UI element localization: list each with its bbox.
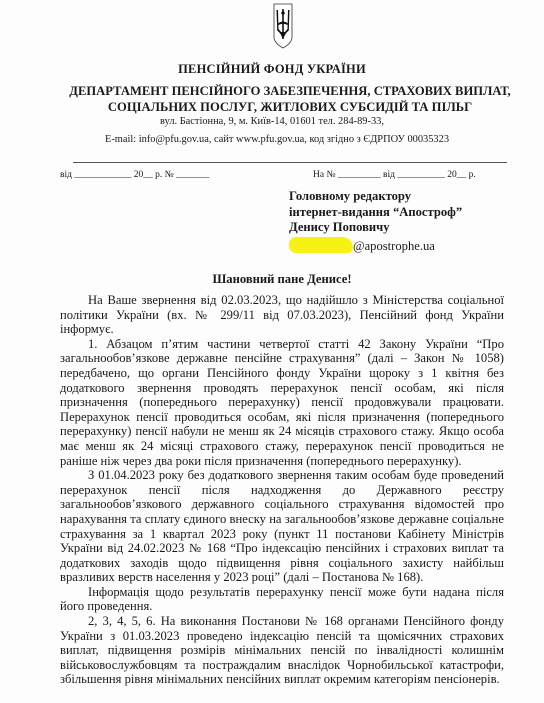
recipient-name: Денису Поповичу [289, 220, 462, 236]
address: вул. Бастіонна, 9, м. Київ-14, 01601 тел… [0, 116, 544, 127]
letterhead-divider [73, 162, 507, 163]
paragraph: З 01.04.2023 року без додаткового зверне… [60, 468, 504, 585]
letter-body: На Ваше звернення від 02.03.2023, що над… [60, 293, 504, 687]
outgoing-reference: від ____________ 20__ р. № _______ [60, 170, 209, 180]
paragraph: 2, 3, 4, 5, 6. На виконання Постанови № … [60, 614, 504, 687]
email-domain: @apostrophe.ua [353, 239, 435, 253]
trident-coat-of-arms-icon [273, 3, 293, 49]
recipient-publication: інтернет-видання “Апостроф” [289, 205, 462, 221]
recipient-block: Головному редактору інтернет-видання “Ап… [289, 189, 462, 236]
department-line-2: СОЦІАЛЬНИХ ПОСЛУГ, ЖИТЛОВИХ СУБСИДІЙ ТА … [60, 99, 520, 115]
department-name: ДЕПАРТАМЕНТ ПЕНСІЙНОГО ЗАБЕЗПЕЧЕННЯ, СТР… [60, 83, 520, 115]
contacts: E-mail: info@pfu.gov.ua, сайт www.pfu.go… [0, 134, 544, 145]
redaction-mark [289, 237, 353, 253]
paragraph: 1. Абзацом п’ятим частини четвертої стат… [60, 337, 504, 468]
department-line-1: ДЕПАРТАМЕНТ ПЕНСІЙНОГО ЗАБЕЗПЕЧЕННЯ, СТР… [60, 83, 520, 99]
incoming-reference: На № _________ від __________ 20__ р. [313, 170, 476, 180]
paragraph: Інформація щодо результатів перерахунку … [60, 585, 504, 614]
paragraph: На Ваше звернення від 02.03.2023, що над… [60, 293, 504, 337]
salutation: Шановний пане Денисе! [0, 272, 544, 287]
recipient-email: @apostrophe.ua [289, 237, 435, 254]
letter-page: ПЕНСІЙНИЙ ФОНД УКРАЇНИ ДЕПАРТАМЕНТ ПЕНСІ… [0, 0, 544, 703]
recipient-title: Головному редактору [289, 189, 462, 205]
organization-name: ПЕНСІЙНИЙ ФОНД УКРАЇНИ [0, 62, 544, 77]
